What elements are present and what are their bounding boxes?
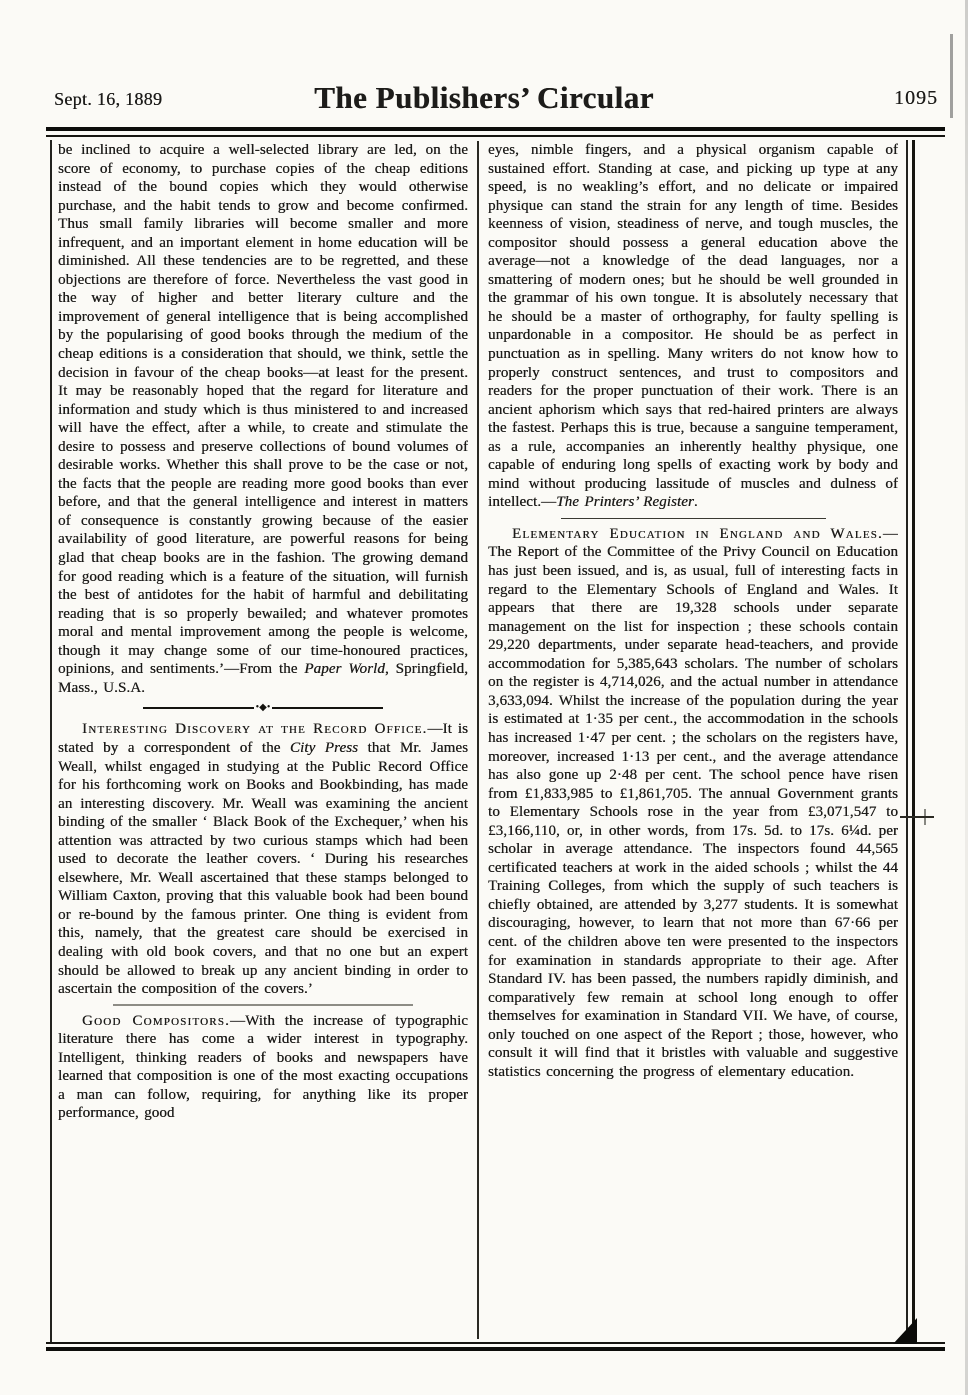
paragraph: Interesting Discovery at the Record Offi…	[58, 720, 468, 998]
left-column: be inclined to acquire a well-selected l…	[58, 141, 468, 1339]
paragraph: eyes, nimble fingers, and a physical org…	[488, 141, 898, 512]
footer-rule-thin	[46, 1342, 945, 1344]
scanned-page: Sept. 16, 1889 The Publishers’ Circular …	[0, 0, 968, 1395]
footer-double-rule	[46, 1342, 945, 1351]
header-rule-thick	[46, 127, 945, 131]
text-segment: .	[694, 494, 698, 510]
header-double-rule	[46, 127, 945, 137]
right-column: eyes, nimble fingers, and a physical org…	[488, 141, 898, 1339]
text-segment: —The Report of the Committee of the Priv…	[488, 526, 898, 1080]
ornament-bar	[143, 707, 254, 709]
ornament-bar	[272, 707, 383, 709]
header-rule-thin	[46, 135, 945, 137]
divider-bar	[561, 518, 826, 520]
frame-right-outer-rule	[912, 140, 915, 1342]
frame-left-rule	[50, 140, 52, 1342]
paragraph: Elementary Education in England and Wale…	[488, 525, 898, 1081]
diamond-icon: •◆•	[254, 703, 273, 713]
text-segment: City Press	[290, 740, 358, 756]
paragraph: Good Compositors.—With the increase of t…	[58, 1012, 468, 1123]
section-heading: Good Compositors.	[82, 1013, 230, 1029]
text-segment: eyes, nimble fingers, and a physical org…	[488, 142, 898, 510]
text-segment: Paper World	[304, 661, 385, 677]
scan-edge-mark	[950, 34, 953, 118]
paragraph: be inclined to acquire a well-selected l…	[58, 141, 468, 697]
text-segment: be inclined to acquire a well-selected l…	[58, 142, 468, 677]
column-divider-rule	[477, 141, 479, 1339]
text-segment: The Printers’ Register	[556, 494, 694, 510]
section-heading: Interesting Discovery at the Record Offi…	[82, 721, 427, 737]
publication-title: The Publishers’ Circular	[0, 80, 968, 116]
section-heading: Elementary Education in England and Wale…	[512, 526, 883, 542]
page-header: Sept. 16, 1889 The Publishers’ Circular …	[0, 58, 968, 118]
section-divider-rule	[58, 999, 468, 1012]
divider-bar	[113, 1004, 413, 1006]
frame-right-inner-rule	[906, 140, 908, 1342]
section-divider-rule	[488, 512, 898, 525]
text-columns: be inclined to acquire a well-selected l…	[58, 141, 900, 1339]
margin-proof-mark	[900, 816, 934, 818]
footer-rule-thick	[46, 1347, 945, 1351]
section-divider-ornament: •◆•	[143, 700, 383, 716]
text-segment: that Mr. James Weall, whilst engaged in …	[58, 740, 468, 997]
page-number: 1095	[894, 87, 938, 110]
